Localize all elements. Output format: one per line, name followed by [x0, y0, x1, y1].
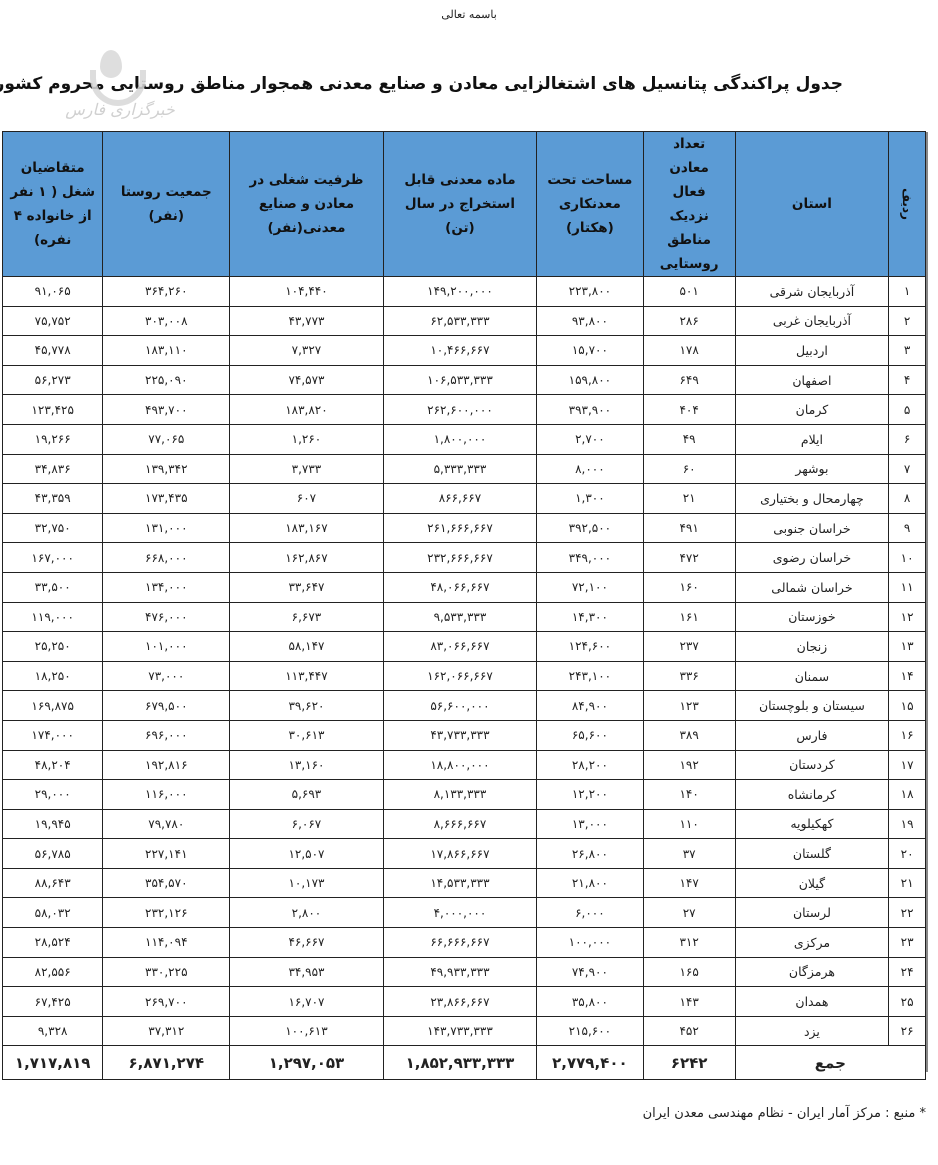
- column-header-active-mines: تعداد معادن فعال نزدیک مناطق روستایی: [643, 132, 735, 277]
- village-population-cell: ۴۹۳,۷۰۰: [103, 395, 230, 425]
- table-row: ۱آذربایجان شرقی۵۰۱۲۲۳,۸۰۰۱۴۹,۲۰۰,۰۰۰۱۰۴,…: [3, 277, 926, 307]
- row-number-cell: ۶: [889, 424, 926, 454]
- total-label-cell: جمع: [735, 1046, 925, 1080]
- active-mines-cell: ۵۰۱: [643, 277, 735, 307]
- mining-area-cell: ۳۵,۸۰۰: [537, 987, 643, 1017]
- village-population-cell: ۷۳,۰۰۰: [103, 661, 230, 691]
- row-number-cell: ۷: [889, 454, 926, 484]
- row-number-cell: ۱۹: [889, 809, 926, 839]
- total-extractable-cell: ۱,۸۵۲,۹۳۳,۳۳۳: [383, 1046, 536, 1080]
- extractable-cell: ۵۶,۶۰۰,۰۰۰: [383, 691, 536, 721]
- job-capacity-cell: ۱۲,۵۰۷: [230, 839, 383, 869]
- table-row: ۱۵سیستان و بلوچستان۱۲۳۸۴,۹۰۰۵۶,۶۰۰,۰۰۰۳۹…: [3, 691, 926, 721]
- row-number-cell: ۲۱: [889, 868, 926, 898]
- province-cell: سیستان و بلوچستان: [735, 691, 888, 721]
- extractable-cell: ۱۰۶,۵۳۳,۳۳۳: [383, 365, 536, 395]
- job-seekers-cell: ۲۸,۵۲۴: [3, 928, 103, 958]
- table-row: ۱۹کهکیلویه۱۱۰۱۳,۰۰۰۸,۶۶۶,۶۶۷۶,۰۶۷۷۹,۷۸۰۱…: [3, 809, 926, 839]
- row-number-cell: ۲۳: [889, 928, 926, 958]
- active-mines-cell: ۴۷۲: [643, 543, 735, 573]
- column-header-job-seekers: متقاضیان شغل ( ۱ نفر از خانواده ۴ نفره): [3, 132, 103, 277]
- extractable-cell: ۱۸,۸۰۰,۰۰۰: [383, 750, 536, 780]
- job-capacity-cell: ۳۳,۶۴۷: [230, 572, 383, 602]
- province-cell: خراسان رضوی: [735, 543, 888, 573]
- job-seekers-cell: ۱۶۹,۸۷۵: [3, 691, 103, 721]
- job-seekers-cell: ۶۷,۴۲۵: [3, 987, 103, 1017]
- province-cell: هرمزگان: [735, 957, 888, 987]
- row-number-cell: ۲: [889, 306, 926, 336]
- job-seekers-cell: ۳۳,۵۰۰: [3, 572, 103, 602]
- row-number-cell: ۲۲: [889, 898, 926, 928]
- village-population-cell: ۲۲۷,۱۴۱: [103, 839, 230, 869]
- extractable-cell: ۸,۱۳۳,۳۳۳: [383, 780, 536, 810]
- job-seekers-cell: ۵۸,۰۳۲: [3, 898, 103, 928]
- job-seekers-cell: ۹۱,۰۶۵: [3, 277, 103, 307]
- province-cell: ایلام: [735, 424, 888, 454]
- mining-area-cell: ۷۲,۱۰۰: [537, 572, 643, 602]
- mining-area-cell: ۷۴,۹۰۰: [537, 957, 643, 987]
- village-population-cell: ۱۳۹,۳۴۲: [103, 454, 230, 484]
- job-seekers-cell: ۱۹,۹۴۵: [3, 809, 103, 839]
- active-mines-cell: ۲۸۶: [643, 306, 735, 336]
- village-population-cell: ۳۵۴,۵۷۰: [103, 868, 230, 898]
- mining-area-cell: ۳۹۳,۹۰۰: [537, 395, 643, 425]
- province-cell: کرمانشاه: [735, 780, 888, 810]
- job-capacity-cell: ۷,۳۲۷: [230, 336, 383, 366]
- active-mines-cell: ۱۴۰: [643, 780, 735, 810]
- job-seekers-cell: ۹,۳۲۸: [3, 1016, 103, 1046]
- mining-area-cell: ۱۲,۲۰۰: [537, 780, 643, 810]
- row-number-cell: ۱۷: [889, 750, 926, 780]
- job-capacity-cell: ۶,۰۶۷: [230, 809, 383, 839]
- job-seekers-cell: ۸۸,۶۴۳: [3, 868, 103, 898]
- job-capacity-cell: ۱۰,۱۷۳: [230, 868, 383, 898]
- province-cell: گلستان: [735, 839, 888, 869]
- job-capacity-cell: ۱۶,۷۰۷: [230, 987, 383, 1017]
- job-seekers-cell: ۴۵,۷۷۸: [3, 336, 103, 366]
- table-row: ۱۳زنجان۲۳۷۱۲۴,۶۰۰۸۳,۰۶۶,۶۶۷۵۸,۱۴۷۱۰۱,۰۰۰…: [3, 632, 926, 662]
- total-village-population-cell: ۶,۸۷۱,۲۷۴: [103, 1046, 230, 1080]
- job-seekers-cell: ۲۹,۰۰۰: [3, 780, 103, 810]
- extractable-cell: ۲۶۲,۶۰۰,۰۰۰: [383, 395, 536, 425]
- active-mines-cell: ۴۹: [643, 424, 735, 454]
- job-capacity-cell: ۱۱۳,۴۴۷: [230, 661, 383, 691]
- extractable-cell: ۱۶۲,۰۶۶,۶۶۷: [383, 661, 536, 691]
- mining-area-cell: ۳۹۲,۵۰۰: [537, 513, 643, 543]
- mining-area-cell: ۱۵۹,۸۰۰: [537, 365, 643, 395]
- village-population-cell: ۱۱۶,۰۰۰: [103, 780, 230, 810]
- table-row: ۴اصفهان۶۴۹۱۵۹,۸۰۰۱۰۶,۵۳۳,۳۳۳۷۴,۵۷۳۲۲۵,۰۹…: [3, 365, 926, 395]
- village-population-cell: ۷۹,۷۸۰: [103, 809, 230, 839]
- village-population-cell: ۱۳۴,۰۰۰: [103, 572, 230, 602]
- province-cell: همدان: [735, 987, 888, 1017]
- village-population-cell: ۷۷,۰۶۵: [103, 424, 230, 454]
- extractable-cell: ۲۳۲,۶۶۶,۶۶۷: [383, 543, 536, 573]
- job-capacity-cell: ۳,۷۳۳: [230, 454, 383, 484]
- mining-area-cell: ۶,۰۰۰: [537, 898, 643, 928]
- extractable-cell: ۴۸,۰۶۶,۶۶۷: [383, 572, 536, 602]
- extractable-cell: ۱,۸۰۰,۰۰۰: [383, 424, 536, 454]
- table-row: ۲۰گلستان۳۷۲۶,۸۰۰۱۷,۸۶۶,۶۶۷۱۲,۵۰۷۲۲۷,۱۴۱۵…: [3, 839, 926, 869]
- column-header-job-capacity: ظرفیت شغلی در معادن و صنایع معدنی(نفر): [230, 132, 383, 277]
- table-row: ۱۰خراسان رضوی۴۷۲۳۴۹,۰۰۰۲۳۲,۶۶۶,۶۶۷۱۶۲,۸۶…: [3, 543, 926, 573]
- province-cell: گیلان: [735, 868, 888, 898]
- province-cell: فارس: [735, 720, 888, 750]
- job-capacity-cell: ۶,۶۷۳: [230, 602, 383, 632]
- row-number-cell: ۲۰: [889, 839, 926, 869]
- province-cell: زنجان: [735, 632, 888, 662]
- active-mines-cell: ۶۴۹: [643, 365, 735, 395]
- job-capacity-cell: ۳۰,۶۱۳: [230, 720, 383, 750]
- village-population-cell: ۱۳۱,۰۰۰: [103, 513, 230, 543]
- village-population-cell: ۳۳۰,۲۲۵: [103, 957, 230, 987]
- table-row: ۳اردبیل۱۷۸۱۵,۷۰۰۱۰,۴۶۶,۶۶۷۷,۳۲۷۱۸۳,۱۱۰۴۵…: [3, 336, 926, 366]
- province-cell: کهکیلویه: [735, 809, 888, 839]
- row-number-cell: ۸: [889, 484, 926, 514]
- extractable-cell: ۱۴۳,۷۳۳,۳۳۳: [383, 1016, 536, 1046]
- job-capacity-cell: ۴۳,۷۷۳: [230, 306, 383, 336]
- logo-watermark-text: خبرگزاری فارس: [60, 100, 180, 119]
- row-number-cell: ۱۰: [889, 543, 926, 573]
- job-seekers-cell: ۱۸,۲۵۰: [3, 661, 103, 691]
- active-mines-cell: ۳۸۹: [643, 720, 735, 750]
- job-seekers-cell: ۸۲,۵۵۶: [3, 957, 103, 987]
- active-mines-cell: ۱۶۱: [643, 602, 735, 632]
- active-mines-cell: ۴۵۲: [643, 1016, 735, 1046]
- mining-area-cell: ۱۴,۳۰۰: [537, 602, 643, 632]
- extractable-cell: ۴۳,۷۳۳,۳۳۳: [383, 720, 536, 750]
- row-number-cell: ۴: [889, 365, 926, 395]
- village-population-cell: ۴۷۶,۰۰۰: [103, 602, 230, 632]
- row-number-cell: ۱: [889, 277, 926, 307]
- village-population-cell: ۳۷,۳۱۲: [103, 1016, 230, 1046]
- job-seekers-cell: ۲۵,۲۵۰: [3, 632, 103, 662]
- job-capacity-cell: ۱,۲۶۰: [230, 424, 383, 454]
- column-header-province: استان: [735, 132, 888, 277]
- job-seekers-cell: ۱۹,۲۶۶: [3, 424, 103, 454]
- row-number-cell: ۱۵: [889, 691, 926, 721]
- extractable-cell: ۶۲,۵۳۳,۳۳۳: [383, 306, 536, 336]
- job-capacity-cell: ۱۶۲,۸۶۷: [230, 543, 383, 573]
- active-mines-cell: ۱۶۰: [643, 572, 735, 602]
- extractable-cell: ۹,۵۳۳,۳۳۳: [383, 602, 536, 632]
- mining-area-cell: ۱۰۰,۰۰۰: [537, 928, 643, 958]
- active-mines-cell: ۴۰۴: [643, 395, 735, 425]
- province-cell: سمنان: [735, 661, 888, 691]
- job-seekers-cell: ۴۳,۳۵۹: [3, 484, 103, 514]
- active-mines-cell: ۳۱۲: [643, 928, 735, 958]
- extractable-cell: ۸۶۶,۶۶۷: [383, 484, 536, 514]
- job-capacity-cell: ۳۴,۹۵۳: [230, 957, 383, 987]
- extractable-cell: ۴۹,۹۳۳,۳۳۳: [383, 957, 536, 987]
- province-cell: خراسان شمالی: [735, 572, 888, 602]
- table-row: ۷بوشهر۶۰۸,۰۰۰۵,۳۳۳,۳۳۳۳,۷۳۳۱۳۹,۳۴۲۳۴,۸۳۶: [3, 454, 926, 484]
- mining-area-cell: ۲۶,۸۰۰: [537, 839, 643, 869]
- mining-area-cell: ۲,۷۰۰: [537, 424, 643, 454]
- mining-area-cell: ۲۱,۸۰۰: [537, 868, 643, 898]
- table-row: ۱۲خوزستان۱۶۱۱۴,۳۰۰۹,۵۳۳,۳۳۳۶,۶۷۳۴۷۶,۰۰۰۱…: [3, 602, 926, 632]
- row-number-cell: ۱۶: [889, 720, 926, 750]
- active-mines-cell: ۲۱: [643, 484, 735, 514]
- job-capacity-cell: ۵,۶۹۳: [230, 780, 383, 810]
- table-row: ۲۱گیلان۱۴۷۲۱,۸۰۰۱۴,۵۳۳,۳۳۳۱۰,۱۷۳۳۵۴,۵۷۰۸…: [3, 868, 926, 898]
- job-capacity-cell: ۱۳,۱۶۰: [230, 750, 383, 780]
- province-cell: اصفهان: [735, 365, 888, 395]
- table-row: ۱۱خراسان شمالی۱۶۰۷۲,۱۰۰۴۸,۰۶۶,۶۶۷۳۳,۶۴۷۱…: [3, 572, 926, 602]
- job-capacity-cell: ۳۹,۶۲۰: [230, 691, 383, 721]
- job-seekers-cell: ۵۶,۲۷۳: [3, 365, 103, 395]
- extractable-cell: ۱۴۹,۲۰۰,۰۰۰: [383, 277, 536, 307]
- active-mines-cell: ۶۰: [643, 454, 735, 484]
- province-cell: مرکزی: [735, 928, 888, 958]
- mining-area-cell: ۲۲۳,۸۰۰: [537, 277, 643, 307]
- village-population-cell: ۱۸۳,۱۱۰: [103, 336, 230, 366]
- table-row: ۱۶فارس۳۸۹۶۵,۶۰۰۴۳,۷۳۳,۳۳۳۳۰,۶۱۳۶۹۶,۰۰۰۱۷…: [3, 720, 926, 750]
- mining-area-cell: ۲۴۳,۱۰۰: [537, 661, 643, 691]
- extractable-cell: ۱۷,۸۶۶,۶۶۷: [383, 839, 536, 869]
- mining-area-cell: ۱۲۴,۶۰۰: [537, 632, 643, 662]
- column-header-village-population: جمعیت روستا (نفر): [103, 132, 230, 277]
- active-mines-cell: ۳۳۶: [643, 661, 735, 691]
- extractable-cell: ۱۰,۴۶۶,۶۶۷: [383, 336, 536, 366]
- column-header-extractable: ماده معدنی قابل استخراج در سال (تن): [383, 132, 536, 277]
- row-number-cell: ۳: [889, 336, 926, 366]
- active-mines-cell: ۲۳۷: [643, 632, 735, 662]
- table-row: ۶ایلام۴۹۲,۷۰۰۱,۸۰۰,۰۰۰۱,۲۶۰۷۷,۰۶۵۱۹,۲۶۶: [3, 424, 926, 454]
- active-mines-cell: ۱۴۳: [643, 987, 735, 1017]
- column-header-row-number: ردیف: [889, 132, 926, 277]
- province-cell: اردبیل: [735, 336, 888, 366]
- active-mines-cell: ۱۹۲: [643, 750, 735, 780]
- province-cell: خراسان جنوبی: [735, 513, 888, 543]
- village-population-cell: ۱۰۱,۰۰۰: [103, 632, 230, 662]
- province-cell: آذربایجان غربی: [735, 306, 888, 336]
- active-mines-cell: ۴۹۱: [643, 513, 735, 543]
- table-row: ۱۴سمنان۳۳۶۲۴۳,۱۰۰۱۶۲,۰۶۶,۶۶۷۱۱۳,۴۴۷۷۳,۰۰…: [3, 661, 926, 691]
- table-body: ۱آذربایجان شرقی۵۰۱۲۲۳,۸۰۰۱۴۹,۲۰۰,۰۰۰۱۰۴,…: [3, 277, 926, 1080]
- active-mines-cell: ۲۷: [643, 898, 735, 928]
- extractable-cell: ۵,۳۳۳,۳۳۳: [383, 454, 536, 484]
- job-seekers-cell: ۷۵,۷۵۲: [3, 306, 103, 336]
- job-capacity-cell: ۱۰۰,۶۱۳: [230, 1016, 383, 1046]
- table-row: ۱۸کرمانشاه۱۴۰۱۲,۲۰۰۸,۱۳۳,۳۳۳۵,۶۹۳۱۱۶,۰۰۰…: [3, 780, 926, 810]
- extractable-cell: ۸۳,۰۶۶,۶۶۷: [383, 632, 536, 662]
- table-row: ۲آذربایجان غربی۲۸۶۹۳,۸۰۰۶۲,۵۳۳,۳۳۳۴۳,۷۷۳…: [3, 306, 926, 336]
- job-capacity-cell: ۱۸۳,۱۶۷: [230, 513, 383, 543]
- table-row: ۱۷کردستان۱۹۲۲۸,۲۰۰۱۸,۸۰۰,۰۰۰۱۳,۱۶۰۱۹۲,۸۱…: [3, 750, 926, 780]
- village-population-cell: ۲۳۲,۱۲۶: [103, 898, 230, 928]
- mining-area-cell: ۸,۰۰۰: [537, 454, 643, 484]
- table-row: ۲۲لرستان۲۷۶,۰۰۰۴,۰۰۰,۰۰۰۲,۸۰۰۲۳۲,۱۲۶۵۸,۰…: [3, 898, 926, 928]
- province-cell: یزد: [735, 1016, 888, 1046]
- job-seekers-cell: ۱۲۳,۴۲۵: [3, 395, 103, 425]
- village-population-cell: ۳۶۴,۲۶۰: [103, 277, 230, 307]
- row-number-cell: ۵: [889, 395, 926, 425]
- table-row: ۲۳مرکزی۳۱۲۱۰۰,۰۰۰۶۶,۶۶۶,۶۶۷۴۶,۶۶۷۱۱۴,۰۹۴…: [3, 928, 926, 958]
- mining-area-cell: ۳۴۹,۰۰۰: [537, 543, 643, 573]
- source-footnote: * منبع : مرکز آمار ایران - نظام مهندسی م…: [643, 1106, 926, 1121]
- row-number-cell: ۱۴: [889, 661, 926, 691]
- province-cell: چهارمحال و بختیاری: [735, 484, 888, 514]
- table-row: ۲۴هرمزگان۱۶۵۷۴,۹۰۰۴۹,۹۳۳,۳۳۳۳۴,۹۵۳۳۳۰,۲۲…: [3, 957, 926, 987]
- column-header-mining-area: مساحت تحت معدنکاری (هکتار): [537, 132, 643, 277]
- extractable-cell: ۸,۶۶۶,۶۶۷: [383, 809, 536, 839]
- total-active-mines-cell: ۶۲۴۲: [643, 1046, 735, 1080]
- job-capacity-cell: ۱۸۳,۸۲۰: [230, 395, 383, 425]
- job-seekers-cell: ۳۲,۷۵۰: [3, 513, 103, 543]
- village-population-cell: ۱۷۳,۴۳۵: [103, 484, 230, 514]
- extractable-cell: ۴,۰۰۰,۰۰۰: [383, 898, 536, 928]
- job-seekers-cell: ۵۶,۷۸۵: [3, 839, 103, 869]
- row-number-cell: ۱۳: [889, 632, 926, 662]
- row-number-cell: ۲۴: [889, 957, 926, 987]
- total-job-seekers-cell: ۱,۷۱۷,۸۱۹: [3, 1046, 103, 1080]
- extractable-cell: ۱۴,۵۳۳,۳۳۳: [383, 868, 536, 898]
- village-population-cell: ۶۶۸,۰۰۰: [103, 543, 230, 573]
- village-population-cell: ۱۱۴,۰۹۴: [103, 928, 230, 958]
- job-capacity-cell: ۱۰۴,۴۴۰: [230, 277, 383, 307]
- job-seekers-cell: ۱۷۴,۰۰۰: [3, 720, 103, 750]
- job-seekers-cell: ۳۴,۸۳۶: [3, 454, 103, 484]
- table-header-row: ردیف استان تعداد معادن فعال نزدیک مناطق …: [3, 132, 926, 277]
- mining-area-cell: ۱۵,۷۰۰: [537, 336, 643, 366]
- active-mines-cell: ۳۷: [643, 839, 735, 869]
- job-capacity-cell: ۲,۸۰۰: [230, 898, 383, 928]
- bismillah-heading: باسمه تعالی: [0, 8, 938, 21]
- table-row: ۹خراسان جنوبی۴۹۱۳۹۲,۵۰۰۲۶۱,۶۶۶,۶۶۷۱۸۳,۱۶…: [3, 513, 926, 543]
- table-right-edge-border: [926, 132, 928, 1072]
- active-mines-cell: ۱۴۷: [643, 868, 735, 898]
- table-row: ۵کرمان۴۰۴۳۹۳,۹۰۰۲۶۲,۶۰۰,۰۰۰۱۸۳,۸۲۰۴۹۳,۷۰…: [3, 395, 926, 425]
- row-number-cell: ۲۶: [889, 1016, 926, 1046]
- total-job-capacity-cell: ۱,۲۹۷,۰۵۳: [230, 1046, 383, 1080]
- province-cell: آذربایجان شرقی: [735, 277, 888, 307]
- page-title: جدول پراکندگی پتانسیل های اشتغالزایی معا…: [0, 74, 843, 94]
- mining-area-cell: ۶۵,۶۰۰: [537, 720, 643, 750]
- job-capacity-cell: ۴۶,۶۶۷: [230, 928, 383, 958]
- table-total-row: جمع۶۲۴۲۲,۷۷۹,۴۰۰۱,۸۵۲,۹۳۳,۳۳۳۱,۲۹۷,۰۵۳۶,…: [3, 1046, 926, 1080]
- province-cell: کرمان: [735, 395, 888, 425]
- province-cell: خوزستان: [735, 602, 888, 632]
- mining-area-cell: ۱۳,۰۰۰: [537, 809, 643, 839]
- mining-employment-table: ردیف استان تعداد معادن فعال نزدیک مناطق …: [2, 131, 926, 1080]
- job-capacity-cell: ۶۰۷: [230, 484, 383, 514]
- mining-area-cell: ۲۸,۲۰۰: [537, 750, 643, 780]
- mining-area-cell: ۹۳,۸۰۰: [537, 306, 643, 336]
- row-number-cell: ۲۵: [889, 987, 926, 1017]
- village-population-cell: ۲۲۵,۰۹۰: [103, 365, 230, 395]
- active-mines-cell: ۱۱۰: [643, 809, 735, 839]
- mining-area-cell: ۸۴,۹۰۰: [537, 691, 643, 721]
- village-population-cell: ۶۷۹,۵۰۰: [103, 691, 230, 721]
- province-cell: بوشهر: [735, 454, 888, 484]
- province-cell: کردستان: [735, 750, 888, 780]
- job-capacity-cell: ۷۴,۵۷۳: [230, 365, 383, 395]
- job-seekers-cell: ۱۱۹,۰۰۰: [3, 602, 103, 632]
- table-row: ۲۵همدان۱۴۳۳۵,۸۰۰۲۳,۸۶۶,۶۶۷۱۶,۷۰۷۲۶۹,۷۰۰۶…: [3, 987, 926, 1017]
- village-population-cell: ۶۹۶,۰۰۰: [103, 720, 230, 750]
- extractable-cell: ۲۶۱,۶۶۶,۶۶۷: [383, 513, 536, 543]
- total-mining-area-cell: ۲,۷۷۹,۴۰۰: [537, 1046, 643, 1080]
- job-seekers-cell: ۱۶۷,۰۰۰: [3, 543, 103, 573]
- row-number-cell: ۱۲: [889, 602, 926, 632]
- row-number-cell: ۱۱: [889, 572, 926, 602]
- row-number-cell: ۹: [889, 513, 926, 543]
- mining-area-cell: ۱,۳۰۰: [537, 484, 643, 514]
- table-row: ۸چهارمحال و بختیاری۲۱۱,۳۰۰۸۶۶,۶۶۷۶۰۷۱۷۳,…: [3, 484, 926, 514]
- active-mines-cell: ۱۲۳: [643, 691, 735, 721]
- job-seekers-cell: ۴۸,۲۰۴: [3, 750, 103, 780]
- row-number-cell: ۱۸: [889, 780, 926, 810]
- mining-area-cell: ۲۱۵,۶۰۰: [537, 1016, 643, 1046]
- job-capacity-cell: ۵۸,۱۴۷: [230, 632, 383, 662]
- province-cell: لرستان: [735, 898, 888, 928]
- extractable-cell: ۲۳,۸۶۶,۶۶۷: [383, 987, 536, 1017]
- village-population-cell: ۲۶۹,۷۰۰: [103, 987, 230, 1017]
- active-mines-cell: ۱۷۸: [643, 336, 735, 366]
- table-row: ۲۶یزد۴۵۲۲۱۵,۶۰۰۱۴۳,۷۳۳,۳۳۳۱۰۰,۶۱۳۳۷,۳۱۲۹…: [3, 1016, 926, 1046]
- village-population-cell: ۳۰۳,۰۰۸: [103, 306, 230, 336]
- mining-employment-table-container: ردیف استان تعداد معادن فعال نزدیک مناطق …: [2, 131, 926, 1080]
- extractable-cell: ۶۶,۶۶۶,۶۶۷: [383, 928, 536, 958]
- village-population-cell: ۱۹۲,۸۱۶: [103, 750, 230, 780]
- active-mines-cell: ۱۶۵: [643, 957, 735, 987]
